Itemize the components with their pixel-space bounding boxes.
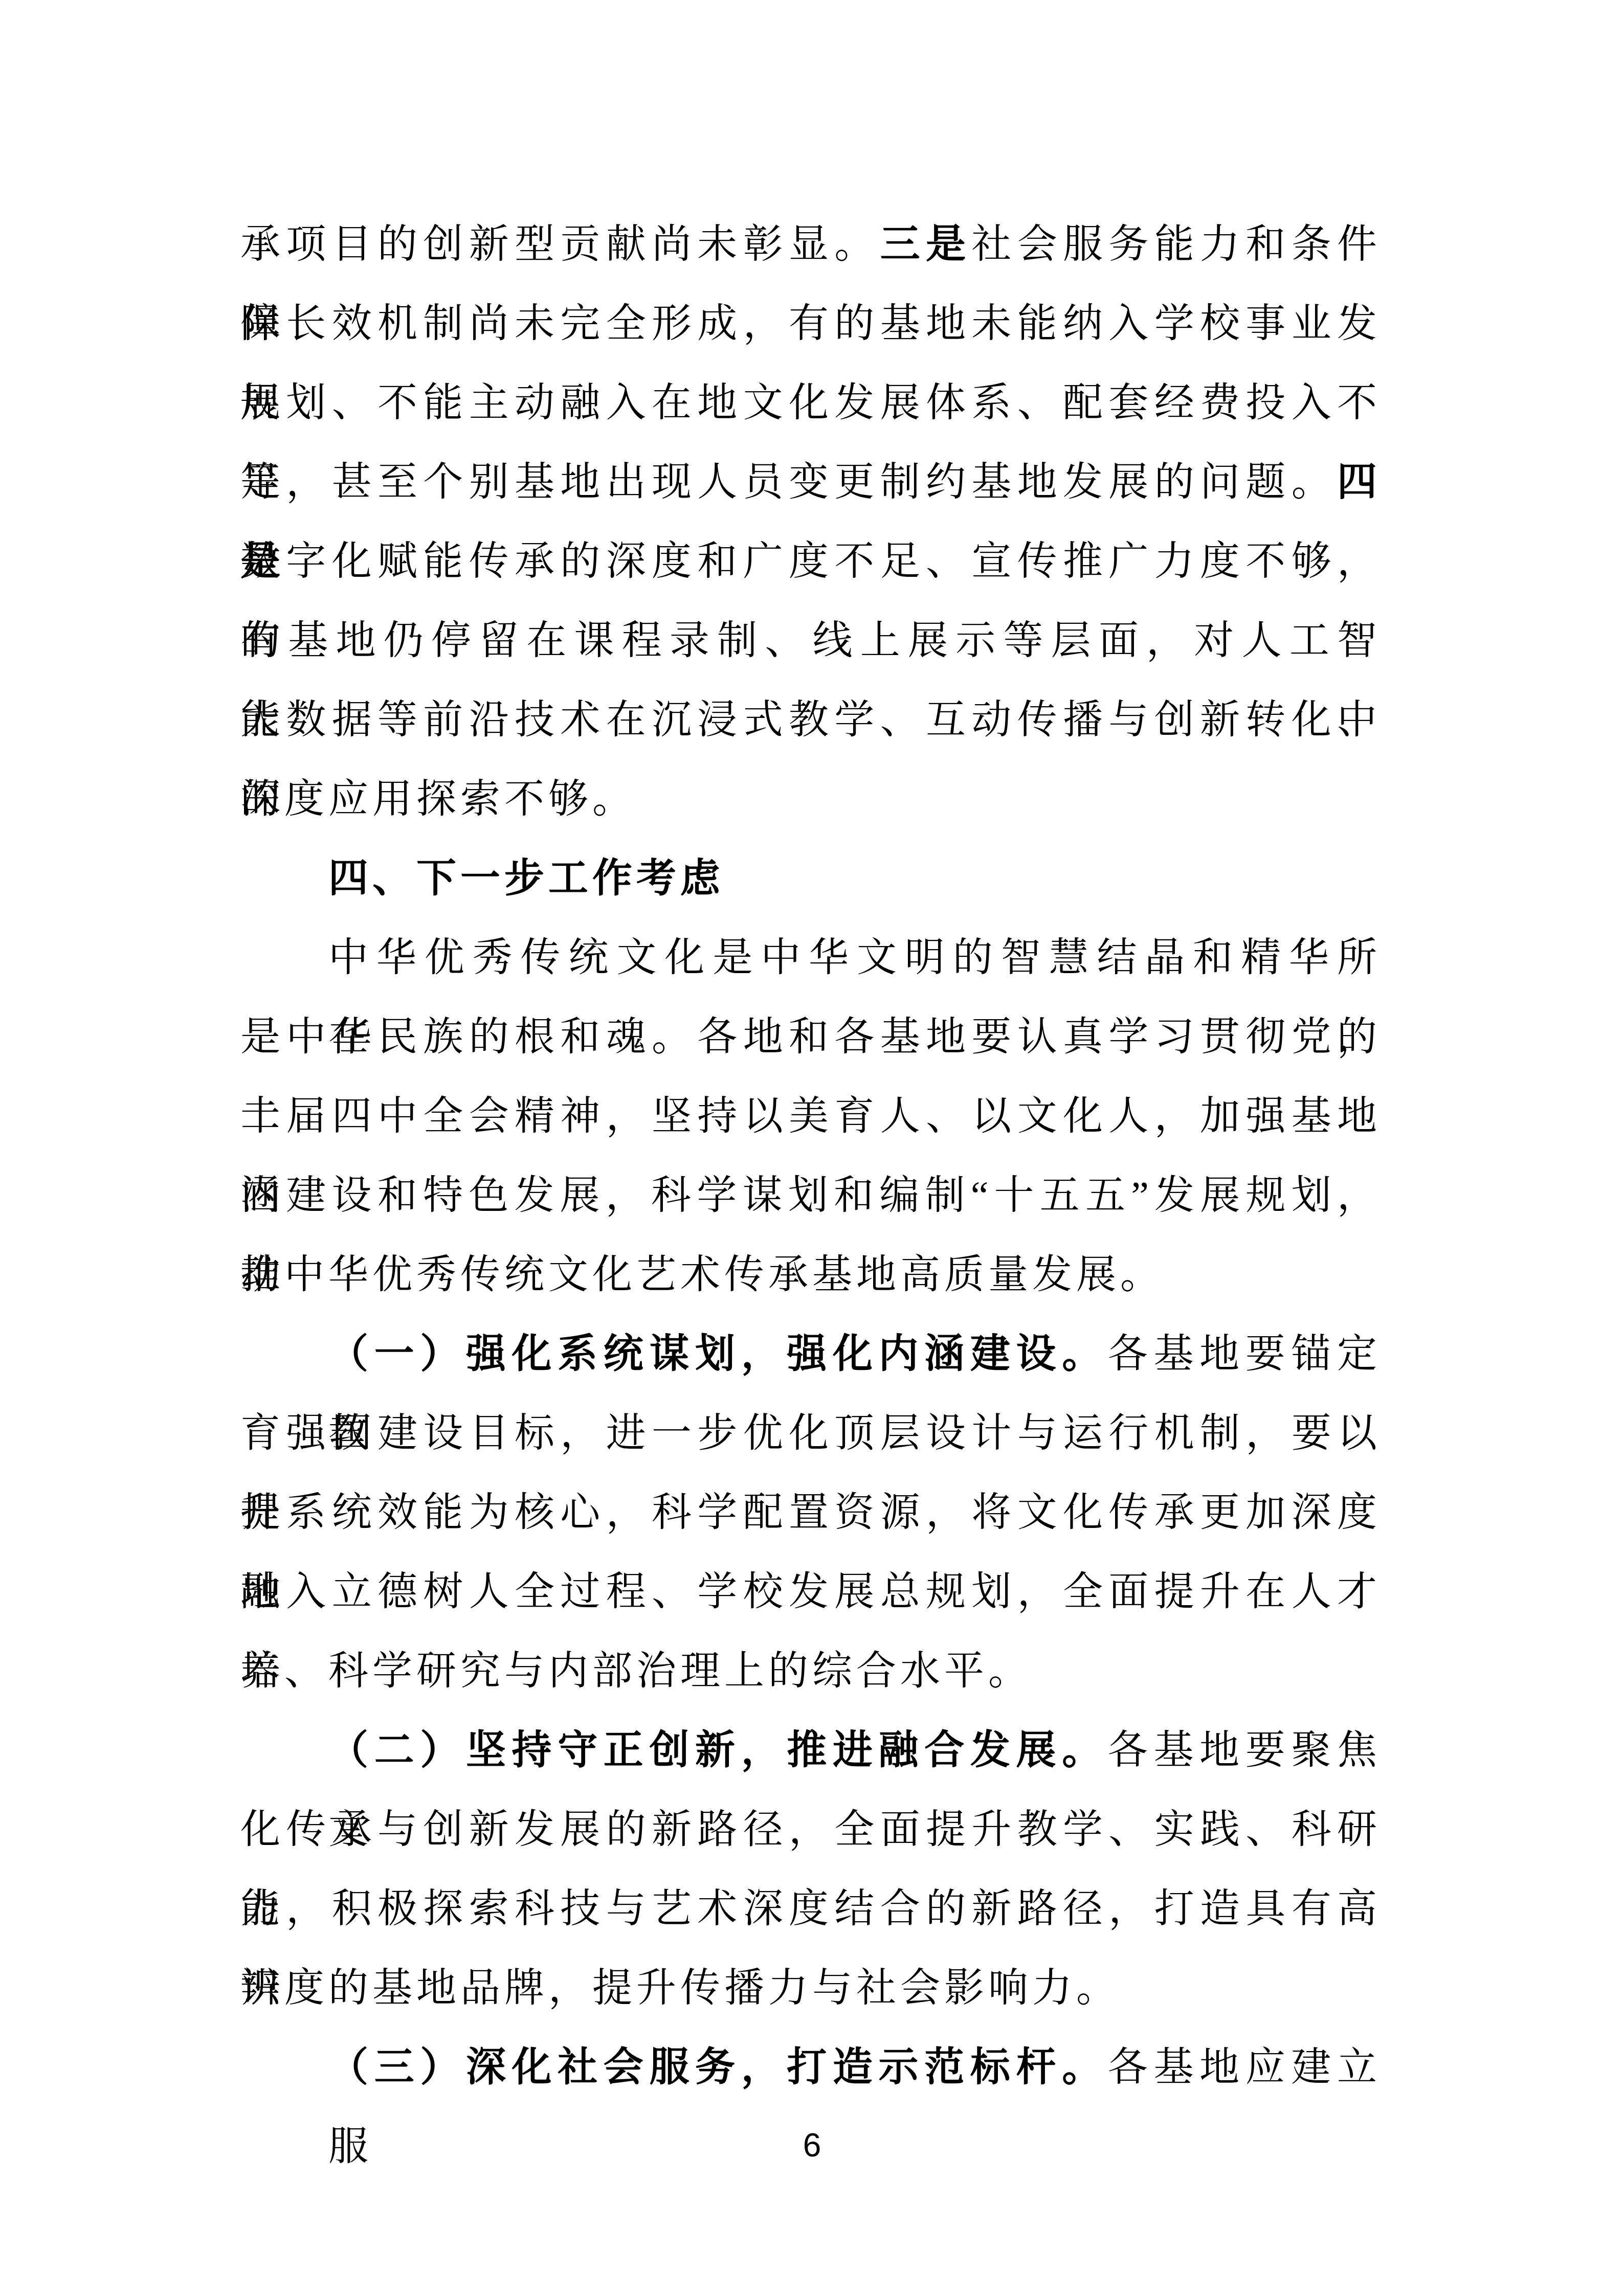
text-line: 是中华民族的根和魂。各地和各基地要认真学习贯彻党的二	[240, 997, 1381, 1076]
text-line: 十届四中全会精神，坚持以美育人、以文化人，加强基地内	[240, 1076, 1381, 1156]
text-line: 障长效机制尚未完全形成，有的基地未能纳入学校事业发展	[240, 284, 1381, 363]
text-segment: 养、科学研究与内部治理上的综合水平。	[240, 1649, 1032, 1693]
text-segment-emphasis: 三是	[880, 222, 972, 266]
text-segment-emphasis: （一）强化系统谋划，强化内涵建设。	[328, 1332, 1108, 1376]
text-line: （一）强化系统谋划，强化内涵建设。各基地要锚定教	[240, 1314, 1381, 1393]
text-line: 融入立德树人全过程、学校发展总规划，全面提升在人才培	[240, 1552, 1381, 1631]
text-segment: 等，甚至个别基地出现人员变更制约基地发展的问题。	[240, 460, 1337, 504]
text-line: 承项目的创新型贡献尚未彰显。三是社会服务能力和条件保	[240, 205, 1381, 284]
text-segment-emphasis: 四、下一步工作考虑	[328, 856, 724, 901]
text-line: 动中华优秀传统文化艺术传承基地高质量发展。	[240, 1235, 1381, 1314]
section-heading-line: 四、下一步工作考虑	[240, 839, 1381, 918]
text-line: 涵建设和特色发展，科学谋划和编制“十五五”发展规划，推	[240, 1156, 1381, 1235]
text-line: 升系统效能为核心，科学配置资源，将文化传承更加深度地	[240, 1473, 1381, 1552]
text-line: 规划、不能主动融入在地文化发展体系、配套经费投入不足	[240, 363, 1381, 442]
text-line: 大数据等前沿技术在沉浸式教学、互动传播与创新转化中的	[240, 680, 1381, 759]
text-segment-emphasis: （三）深化社会服务，打造示范标杆。	[328, 2045, 1108, 2089]
text-line: （二）坚持守正创新，推进融合发展。各基地要聚焦文	[240, 1710, 1381, 1790]
text-line: 等，甚至个别基地出现人员变更制约基地发展的问题。四是	[240, 442, 1381, 522]
text-line: 养、科学研究与内部治理上的综合水平。	[240, 1631, 1381, 1710]
text-line: （三）深化社会服务，打造示范标杆。各基地应建立服	[240, 2028, 1381, 2107]
text-line: 育强国建设目标，进一步优化顶层设计与运行机制，要以提	[240, 1393, 1381, 1473]
text-segment: 承项目的创新型贡献尚未彰显。	[240, 222, 880, 266]
page-number: 6	[0, 2122, 1624, 2168]
text-segment: 识度的基地品牌，提升传播力与社会影响力。	[240, 1966, 1120, 2010]
text-segment: 动中华优秀传统文化艺术传承基地高质量发展。	[240, 1252, 1164, 1297]
text-segment: 深度应用探索不够。	[240, 777, 636, 821]
text-line: 化传承与创新发展的新路径，全面提升教学、实践、科研能	[240, 1790, 1381, 1869]
document-page: 承项目的创新型贡献尚未彰显。三是社会服务能力和条件保障长效机制尚未完全形成，有的…	[0, 0, 1624, 2296]
text-line: 数字化赋能传承的深度和广度不足、宣传推广力度不够，有	[240, 522, 1381, 601]
text-line: 力，积极探索科技与艺术深度结合的新路径，打造具有高辨	[240, 1869, 1381, 1948]
text-line: 深度应用探索不够。	[240, 759, 1381, 839]
text-segment-emphasis: （二）坚持守正创新，推进融合发展。	[328, 1728, 1108, 1772]
text-block: 承项目的创新型贡献尚未彰显。三是社会服务能力和条件保障长效机制尚未完全形成，有的…	[240, 205, 1381, 2107]
text-line: 识度的基地品牌，提升传播力与社会影响力。	[240, 1948, 1381, 2028]
text-line: 的基地仍停留在课程录制、线上展示等层面，对人工智能、	[240, 601, 1381, 680]
text-line: 中华优秀传统文化是中华文明的智慧结晶和精华所在，	[240, 918, 1381, 997]
